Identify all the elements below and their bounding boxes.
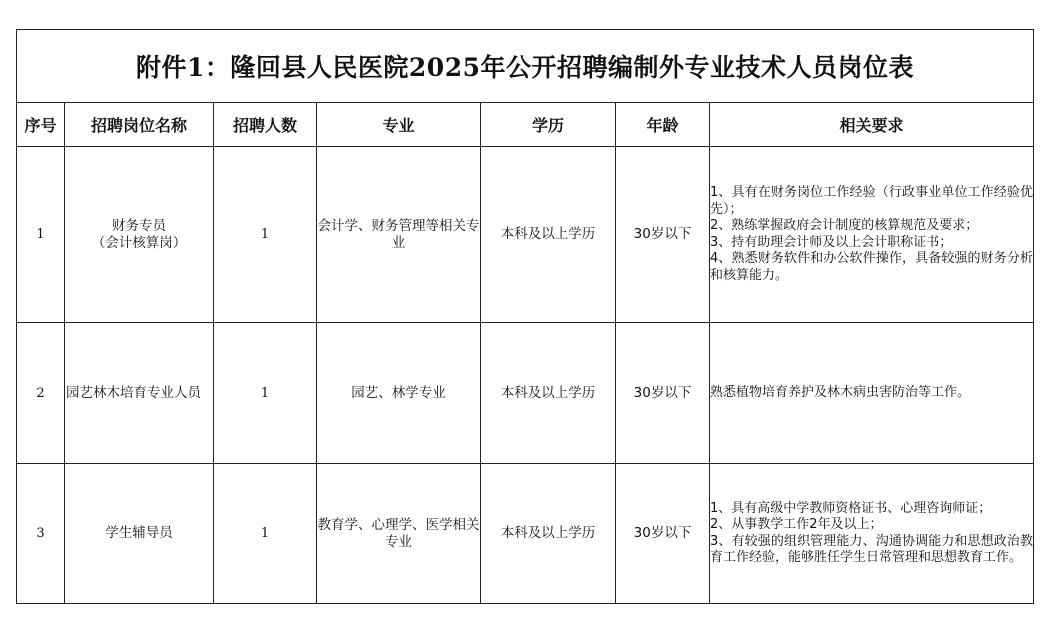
requirement-item: 3、持有助理会计师及以上会计职称证书； <box>710 235 1033 252</box>
requirement-item: 1、具有高级中学教师资格证书、心理咨询师证； <box>710 501 1033 518</box>
header-major: 专业 <box>317 103 481 147</box>
education: 本科及以上学历 <box>481 464 616 604</box>
header-position: 招聘岗位名称 <box>65 103 214 147</box>
requirements: 熟悉植物培育养护及林木病虫害防治等工作。 <box>710 323 1034 464</box>
age: 30岁以下 <box>616 323 710 464</box>
row-index: 3 <box>17 464 65 604</box>
requirement-item: 2、熟练掌握政府会计制度的核算规范及要求； <box>710 218 1033 235</box>
requirement-item: 4、熟悉财务软件和办公软件操作，具备较强的财务分析和核算能力。 <box>710 251 1033 284</box>
table-row: 3 学生辅导员 1 教育学、心理学、医学相关专业 本科及以上学历 30岁以下 1… <box>17 464 1034 604</box>
requirement-item: 3、有较强的组织管理能力、沟通协调能力和思想政治教育工作经验，能够胜任学生日常管… <box>710 534 1033 567</box>
position-name-line2: （会计核算岗） <box>65 235 213 252</box>
header-age: 年龄 <box>616 103 710 147</box>
header-index: 序号 <box>17 103 65 147</box>
position-name: 财务专员 （会计核算岗） <box>65 147 214 323</box>
recruit-count: 1 <box>214 464 317 604</box>
row-index: 2 <box>17 323 65 464</box>
age: 30岁以下 <box>616 464 710 604</box>
position-name-line1: 财务专员 <box>65 218 213 235</box>
header-education: 学历 <box>481 103 616 147</box>
table-row: 2 园艺林木培育专业人员 1 园艺、林学专业 本科及以上学历 30岁以下 熟悉植… <box>17 323 1034 464</box>
document-title: 附件1：隆回县人民医院2025年公开招聘编制外专业技术人员岗位表 <box>17 30 1034 103</box>
recruit-count: 1 <box>214 323 317 464</box>
title-row: 附件1：隆回县人民医院2025年公开招聘编制外专业技术人员岗位表 <box>17 30 1034 103</box>
major: 教育学、心理学、医学相关专业 <box>317 464 481 604</box>
recruit-count: 1 <box>214 147 317 323</box>
position-name: 园艺林木培育专业人员 <box>65 323 214 464</box>
education: 本科及以上学历 <box>481 323 616 464</box>
major: 园艺、林学专业 <box>317 323 481 464</box>
requirements: 1、具有在财务岗位工作经验（行政事业单位工作经验优先）； 2、熟练掌握政府会计制… <box>710 147 1034 323</box>
requirements: 1、具有高级中学教师资格证书、心理咨询师证； 2、从事教学工作2年及以上； 3、… <box>710 464 1034 604</box>
education: 本科及以上学历 <box>481 147 616 323</box>
table-row: 1 财务专员 （会计核算岗） 1 会计学、财务管理等相关专业 本科及以上学历 3… <box>17 147 1034 323</box>
recruitment-table: 附件1：隆回县人民医院2025年公开招聘编制外专业技术人员岗位表 序号 招聘岗位… <box>16 29 1034 604</box>
header-count: 招聘人数 <box>214 103 317 147</box>
row-index: 1 <box>17 147 65 323</box>
major: 会计学、财务管理等相关专业 <box>317 147 481 323</box>
header-requirements: 相关要求 <box>710 103 1034 147</box>
requirement-item: 1、具有在财务岗位工作经验（行政事业单位工作经验优先）； <box>710 185 1033 218</box>
position-name: 学生辅导员 <box>65 464 214 604</box>
requirement-item: 2、从事教学工作2年及以上； <box>710 517 1033 534</box>
header-row: 序号 招聘岗位名称 招聘人数 专业 学历 年龄 相关要求 <box>17 103 1034 147</box>
age: 30岁以下 <box>616 147 710 323</box>
requirement-item: 熟悉植物培育养护及林木病虫害防治等工作。 <box>710 385 1033 402</box>
